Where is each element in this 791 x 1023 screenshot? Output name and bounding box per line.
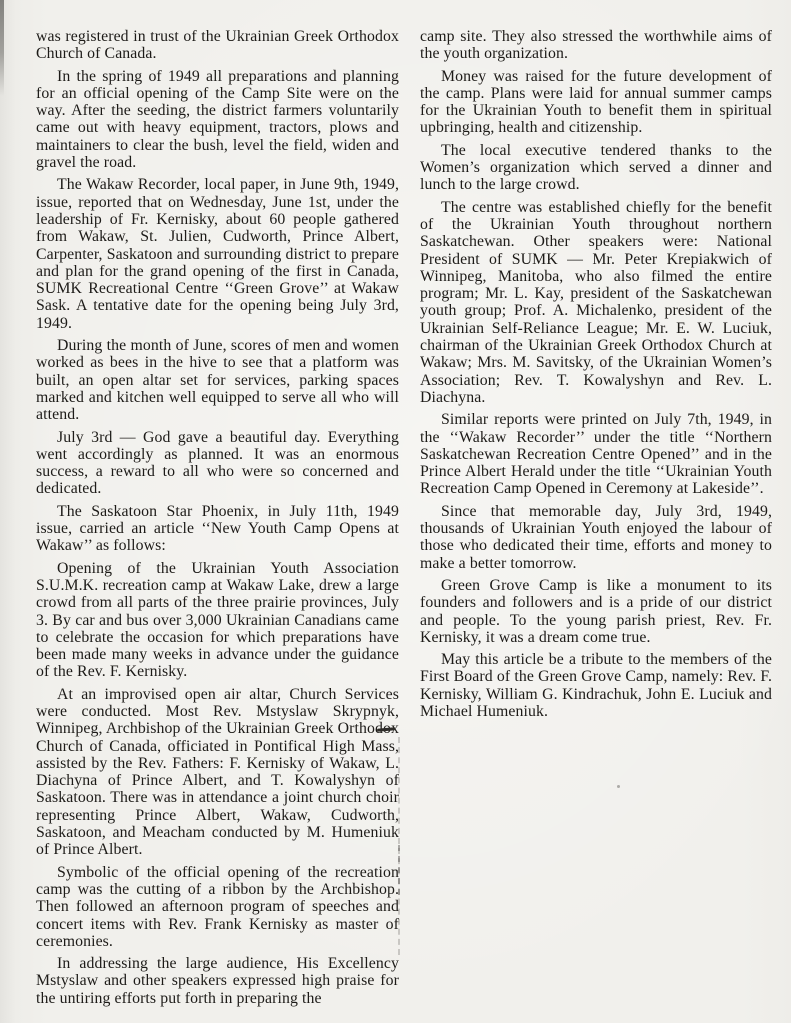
scanned-page: was registered in trust of the Ukrainian… [0,0,791,1023]
paragraph: Similar reports were printed on July 7th… [420,411,772,497]
paragraph: The centre was established chiefly for t… [420,199,772,407]
paragraph: Symbolic of the official opening of the … [36,864,399,950]
paragraph: Since that memorable day, July 3rd, 1949… [420,503,772,572]
paragraph: During the month of June, scores of men … [36,337,399,423]
paragraph: The Saskatoon Star Phoenix, in July 11th… [36,503,399,555]
paragraph: July 3rd — God gave a beautiful day. Eve… [36,429,399,498]
paragraph: May this article be a tribute to the mem… [420,651,772,720]
paragraph: was registered in trust of the Ukrainian… [36,28,399,63]
paragraph: The Wakaw Recorder, local paper, in June… [36,176,399,332]
paragraph: In the spring of 1949 all preparations a… [36,68,399,172]
paragraph: At an improvised open air altar, Church … [36,686,399,859]
paragraph: Opening of the Ukrainian Youth Associati… [36,560,399,681]
paper-speck [617,785,620,788]
paragraph: Green Grove Camp is like a monument to i… [420,577,772,646]
left-text-column: was registered in trust of the Ukrainian… [36,28,399,1012]
paragraph: camp site. They also stressed the worthw… [420,28,772,63]
paragraph: In addressing the large audience, His Ex… [36,955,399,1007]
scan-edge-artifact [0,0,4,96]
scan-fold-marks-dark [398,845,400,895]
right-text-column: camp site. They also stressed the worthw… [420,28,772,725]
paragraph: Money was raised for the future developm… [420,68,772,137]
paragraph: The local executive tendered thanks to t… [420,142,772,194]
